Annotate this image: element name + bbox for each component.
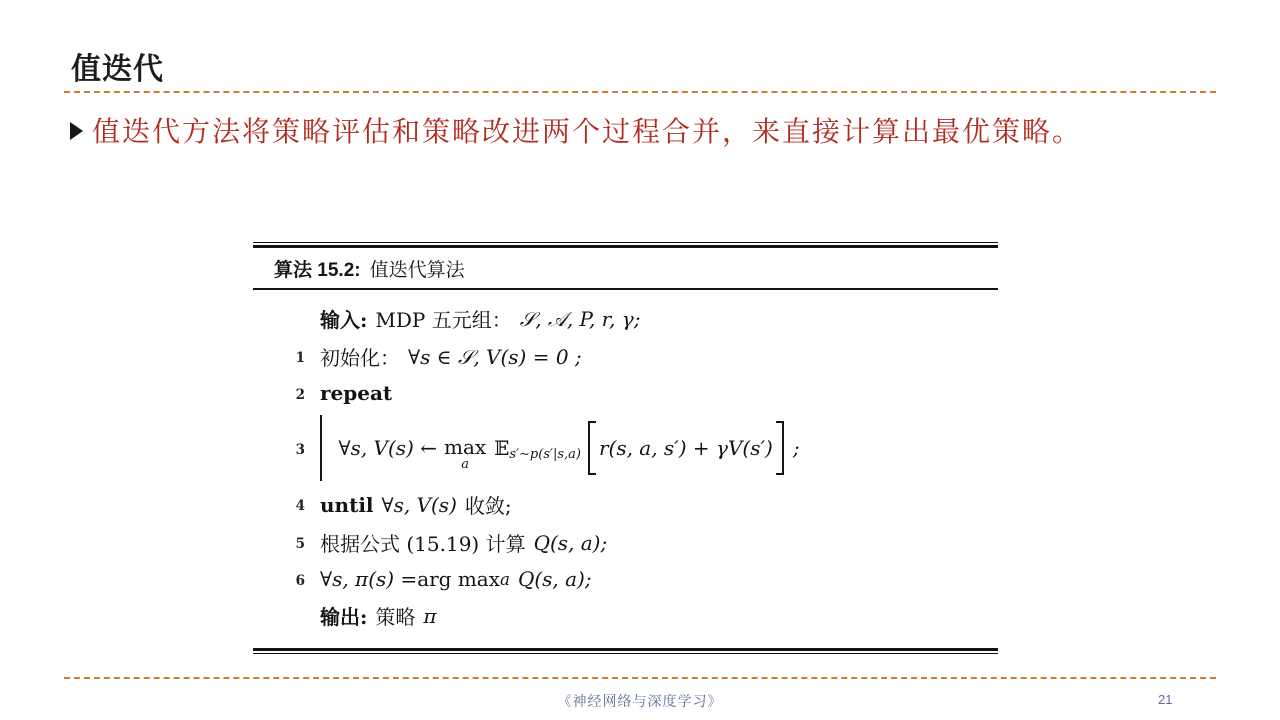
algorithm-bottom-rule-thick bbox=[253, 648, 998, 651]
line4-text: 收敛; bbox=[465, 490, 512, 519]
max-operator: max a bbox=[444, 437, 486, 472]
line5-math: Q(s, a); bbox=[534, 531, 608, 555]
algorithm-top-rule-thin bbox=[253, 242, 998, 243]
footer-divider bbox=[64, 677, 1216, 679]
title-divider bbox=[64, 91, 1216, 93]
right-triangle-bullet-icon bbox=[70, 122, 83, 140]
right-bracket bbox=[776, 421, 784, 475]
repeat-keyword: repeat bbox=[320, 381, 392, 405]
max-op-text: max bbox=[444, 437, 486, 458]
algorithm-line-4: 4 until ∀s, V(s) 收敛; bbox=[253, 490, 998, 519]
input-text: MDP 五元组： bbox=[375, 304, 511, 333]
line6-post-math: Q(s, a); bbox=[518, 567, 592, 591]
output-math: π bbox=[423, 604, 436, 628]
argmax-subscript: a bbox=[500, 570, 510, 589]
algorithm-label: 算法 15.2: bbox=[274, 255, 361, 282]
line5-text: 根据公式 (15.19) 计算 bbox=[320, 528, 526, 557]
algorithm-output-line: 输出: 策略 π bbox=[253, 601, 998, 630]
left-bracket bbox=[588, 421, 596, 475]
input-math: 𝒮, 𝒜, P, r, γ; bbox=[520, 307, 641, 331]
until-keyword: until bbox=[320, 493, 374, 517]
line-number: 5 bbox=[253, 533, 305, 552]
algorithm-bottom-rule-thin bbox=[253, 653, 998, 654]
expectation-symbol: 𝔼 bbox=[494, 436, 509, 460]
line6-pre-math: ∀s, π(s) = bbox=[320, 567, 417, 591]
output-text: 策略 bbox=[375, 601, 415, 630]
algorithm-line-1: 1 初始化： ∀s ∈ 𝒮, V(s) = 0 ; bbox=[253, 342, 998, 371]
algorithm-line-3: 3 ∀s, V(s) ← max a 𝔼 s′∼p(s′|s,a) r(s, a… bbox=[253, 415, 998, 481]
line1-text: 初始化： bbox=[320, 342, 400, 371]
slide-canvas: { "slide": { "title": "值迭代", "bullet": {… bbox=[0, 0, 1280, 720]
page-number: 21 bbox=[1158, 692, 1172, 707]
algorithm-header: 算法 15.2: 值迭代算法 bbox=[253, 248, 998, 288]
output-keyword: 输出: bbox=[320, 601, 367, 630]
algorithm-body: 输入: MDP 五元组： 𝒮, 𝒜, P, r, γ; 1 初始化： ∀s ∈ … bbox=[253, 290, 998, 648]
line3-semicolon: ; bbox=[793, 436, 800, 460]
algorithm-line-5: 5 根据公式 (15.19) 计算 Q(s, a); bbox=[253, 528, 998, 557]
line-number: 1 bbox=[253, 347, 305, 366]
page-title: 值迭代 bbox=[71, 44, 164, 88]
bullet-text: 值迭代方法将策略评估和策略改进两个过程合并，来直接计算出最优策略。 bbox=[92, 110, 1082, 150]
footer-book-title: 《神经网络与深度学习》 bbox=[0, 691, 1280, 711]
bullet-point: 值迭代方法将策略评估和策略改进两个过程合并，来直接计算出最优策略。 bbox=[70, 110, 1220, 150]
line-number: 4 bbox=[253, 495, 305, 514]
expectation-subscript: s′∼p(s′|s,a) bbox=[509, 447, 581, 462]
algorithm-line-6: 6 ∀s, π(s) = arg maxa Q(s, a); bbox=[253, 566, 998, 592]
line-number: 6 bbox=[253, 570, 305, 589]
max-op-subscript: a bbox=[461, 458, 469, 472]
line4-math: ∀s, V(s) bbox=[382, 493, 457, 517]
line-number: 3 bbox=[253, 439, 305, 458]
line1-math: ∀s ∈ 𝒮, V(s) = 0 ; bbox=[408, 345, 582, 369]
algorithm-line-2: 2 repeat bbox=[253, 380, 998, 406]
repeat-block-rule bbox=[320, 415, 322, 481]
line-number: 2 bbox=[253, 384, 305, 403]
argmax-operator: arg max bbox=[417, 567, 500, 591]
input-keyword: 输入: bbox=[320, 304, 367, 333]
line3-pre-math: ∀s, V(s) ← bbox=[339, 436, 437, 460]
algorithm-title: 值迭代算法 bbox=[370, 255, 465, 282]
algorithm-input-line: 输入: MDP 五元组： 𝒮, 𝒜, P, r, γ; bbox=[253, 304, 998, 333]
algorithm-box: 算法 15.2: 值迭代算法 输入: MDP 五元组： 𝒮, 𝒜, P, r, … bbox=[253, 242, 998, 654]
bracket-content-math: r(s, a, s′) + γV(s′) bbox=[599, 436, 773, 460]
